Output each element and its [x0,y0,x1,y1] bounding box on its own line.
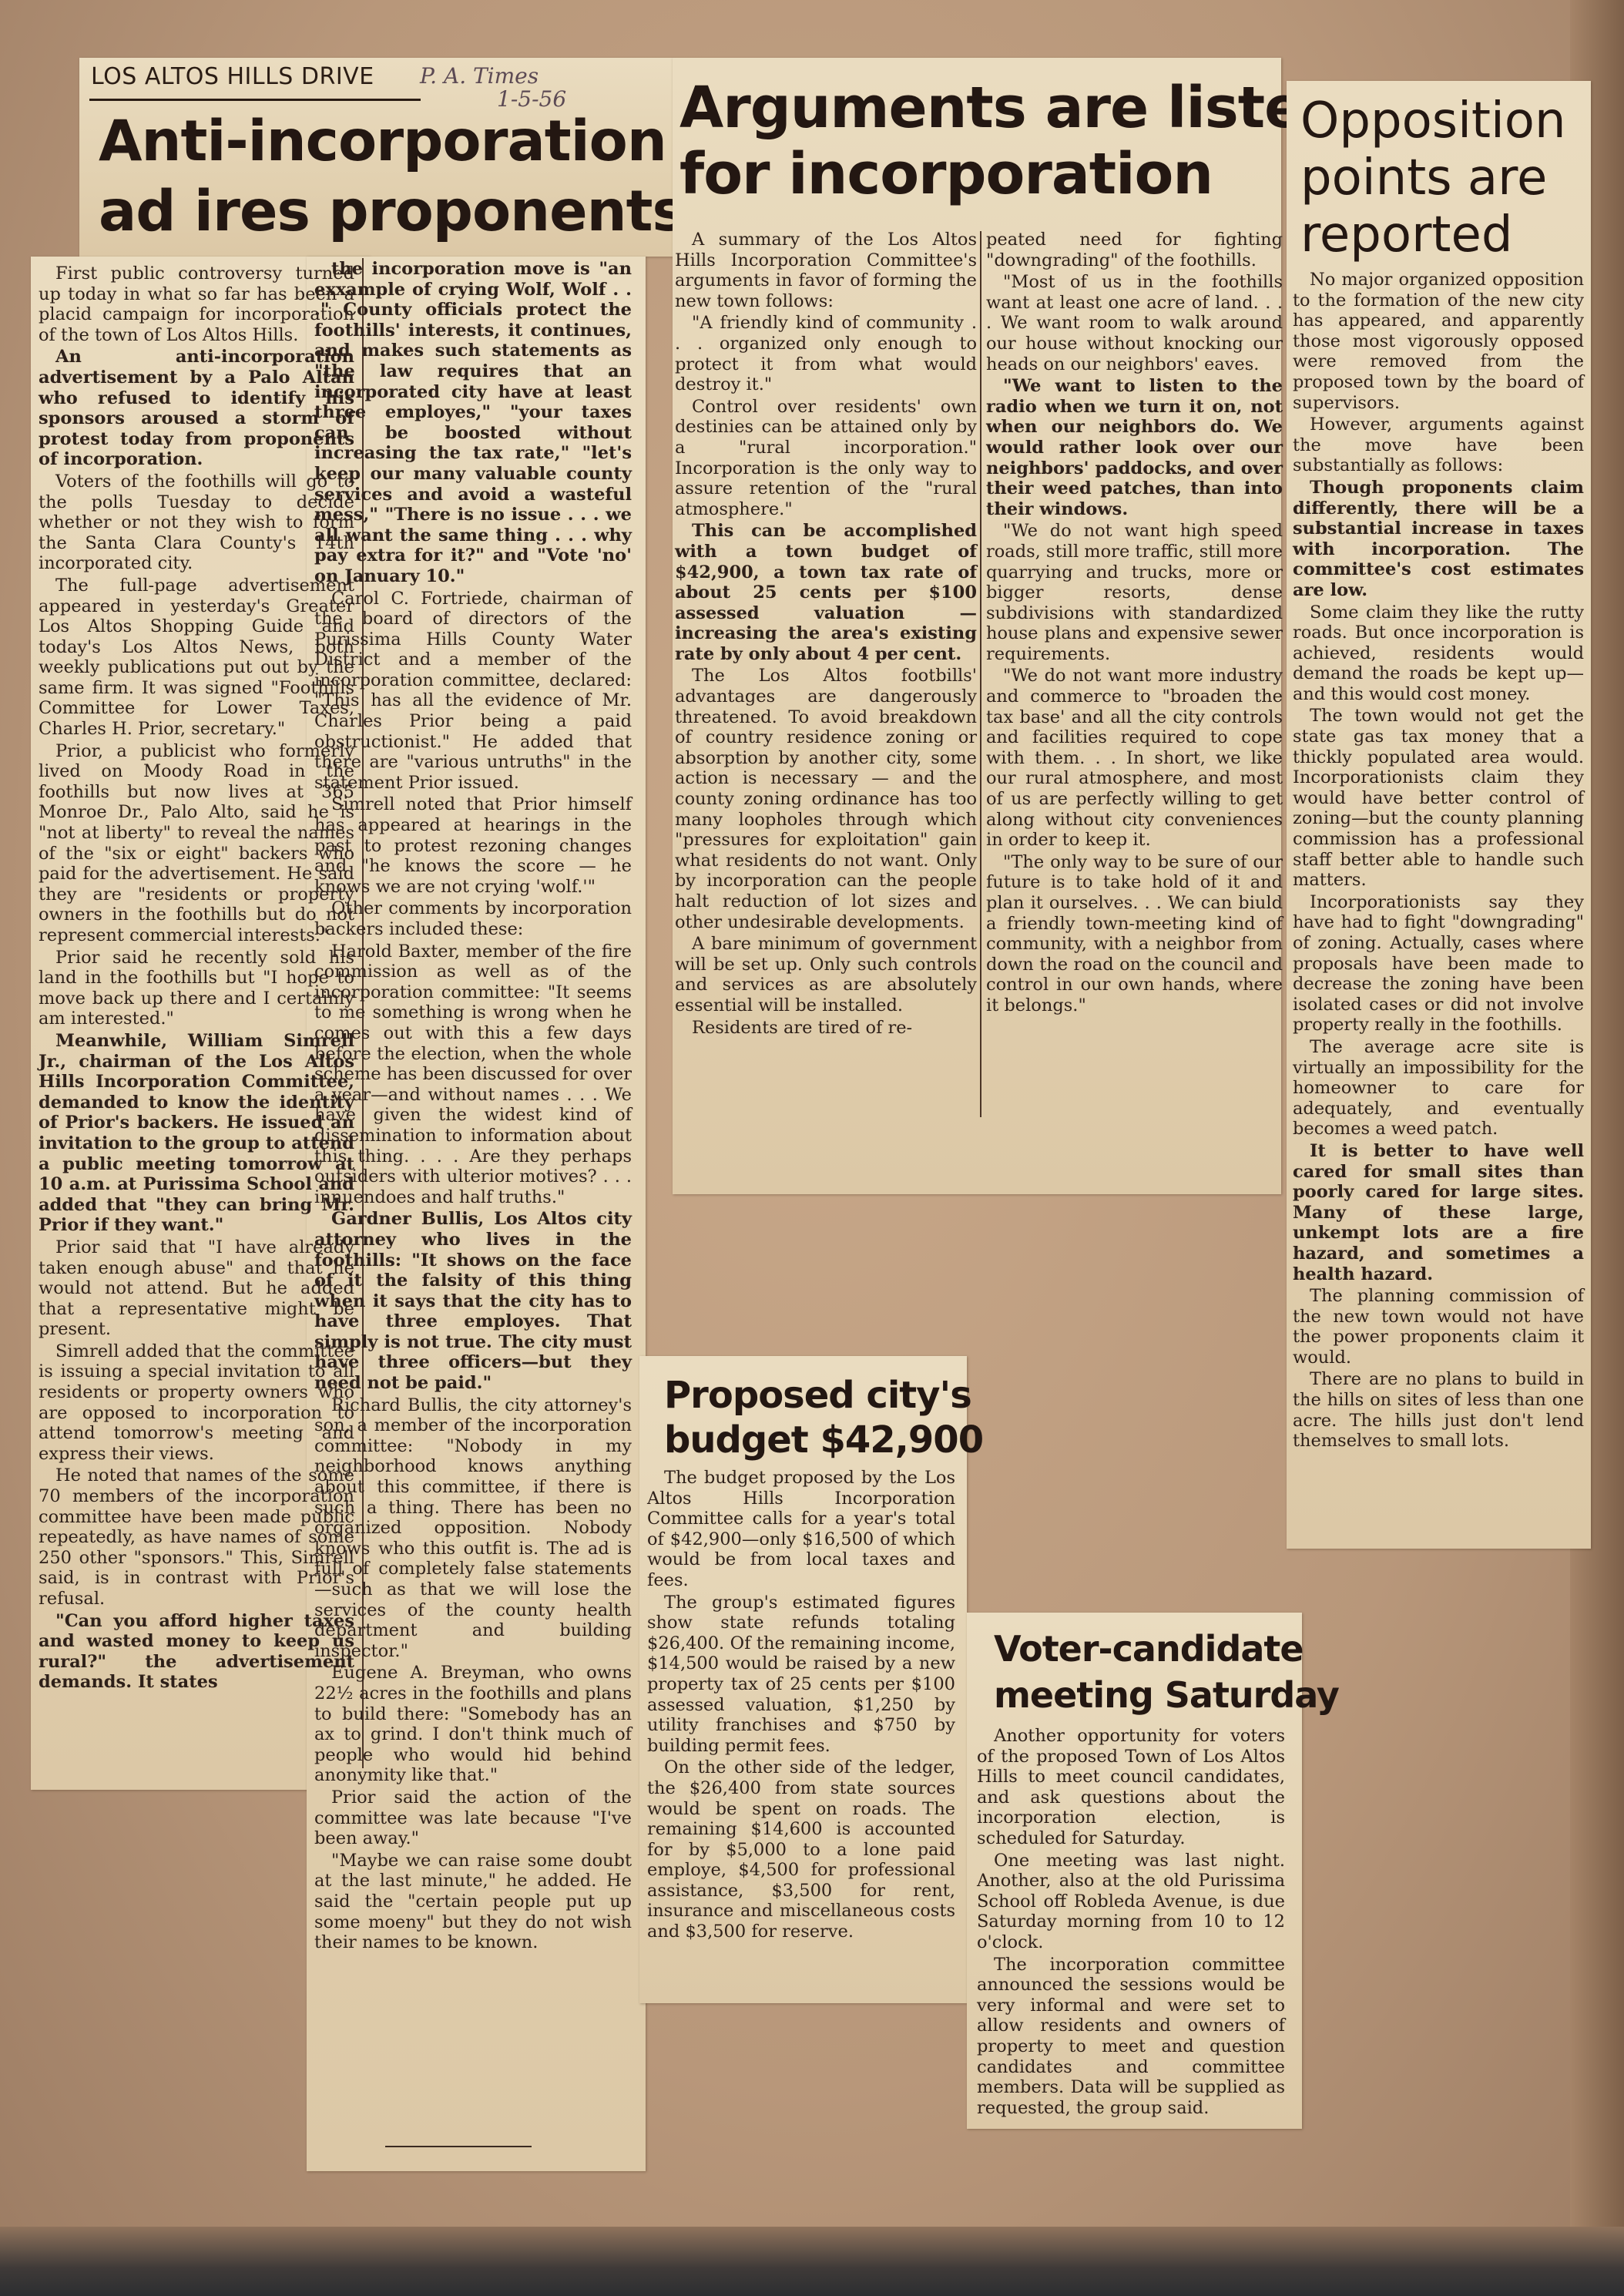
paragraph: Incorporationists say they have had to f… [1293,892,1584,1036]
article-arguments-column-2: peated need for fighting "downgrading" o… [986,230,1283,1018]
paragraph: No major organized opposition to the for… [1293,270,1584,413]
headline-line: for incorporation [679,145,1342,205]
paragraph: "Can you afford higher taxes and wasted … [39,1611,354,1693]
paragraph: It is better to have well cared for smal… [1293,1141,1584,1284]
headline-line: Proposed city's [664,1373,983,1418]
paragraph: Gardner Bullis, Los Altos city attorney … [314,1209,632,1393]
headline-arguments: Arguments are listed for incorporation [679,79,1342,204]
paragraph: Voters of the foothills will go to the p… [39,472,354,574]
paragraph: The full-page advertisement appeared in … [39,576,354,740]
paragraph: One meeting was last night. Another, als… [977,1851,1285,1953]
article-anti-column-2: the incorporation move is "an exxample o… [314,259,632,1955]
paragraph: The budget proposed by the Los Altos Hil… [647,1468,955,1591]
paragraph: Prior said that "I have already taken en… [39,1237,354,1340]
paragraph: Another opportunity for voters of the pr… [977,1726,1285,1849]
handwritten-source-name: P. A. Times [420,65,566,88]
kicker-underline [89,99,421,101]
paragraph: Prior said the action of the committee w… [314,1787,632,1849]
handwritten-source: P. A. Times 1-5-56 [420,65,566,111]
article-opposition-column: No major organized opposition to the for… [1293,270,1584,1453]
article-anti-column-1: First public controversy turned up today… [39,264,354,1694]
column-rule [980,231,981,1117]
article-arguments-column-1: A summary of the Los Altos Hills Incorpo… [675,230,977,1039]
paragraph: He noted that names of the some 70 membe… [39,1465,354,1609]
paragraph: Though proponents claim differently, the… [1293,478,1584,601]
end-ornament [385,2146,532,2147]
paragraph: "We want to listen to the radio when we … [986,376,1283,519]
paragraph: Meanwhile, William Simrell Jr., chairman… [39,1031,354,1236]
paragraph: Simrell added that the committee is issu… [39,1341,354,1465]
headline-line: Voter-candidate [994,1626,1339,1672]
scrapbook-bottom-edge [0,2227,1624,2296]
paragraph: "Most of us in the foothills want at lea… [986,272,1283,374]
headline-meeting: Voter-candidate meeting Saturday [994,1626,1339,1718]
paragraph: The incorporation committee announced th… [977,1955,1285,2119]
headline-anti: Anti-incorporation ad ires proponents [99,112,685,241]
paragraph: A bare minimum of government will be set… [675,934,977,1015]
paragraph: "Maybe we can raise some doubt at the la… [314,1851,632,1953]
paragraph: "We do not want high speed roads, still … [986,521,1283,664]
paragraph: Some claim they like the rutty roads. Bu… [1293,603,1584,705]
handwritten-date: 1-5-56 [420,88,566,111]
paragraph: Carol C. Fortriede, chairman of the boar… [314,589,632,794]
headline-line: reported [1300,206,1566,264]
headline-line: Anti-incorporation [99,112,685,172]
paragraph: The planning commission of the new town … [1293,1286,1584,1368]
paragraph: A summary of the Los Altos Hills Incorpo… [675,230,977,311]
paragraph: Residents are tired of re- [675,1018,977,1039]
headline-line: Opposition [1300,92,1566,149]
paragraph: On the other side of the ledger, the $26… [647,1757,955,1942]
headline-opposition: Opposition points are reported [1300,92,1566,264]
paragraph: Prior said he recently sold his land in … [39,948,354,1029]
paragraph: The average acre site is virtually an im… [1293,1037,1584,1140]
paragraph: "A friendly kind of community . . . orga… [675,313,977,394]
paragraph: Prior, a publicist who formerly lived on… [39,741,354,946]
paragraph: Other comments by incorporation backers … [314,898,632,939]
paragraph: The group's estimated figures show state… [647,1593,955,1757]
paragraph: "The only way to be sure of our future i… [986,852,1283,1016]
headline-line: ad ires proponents [99,183,685,242]
paragraph: Richard Bullis, the city attorney's son,… [314,1395,632,1662]
paragraph: There are no plans to build in the hills… [1293,1369,1584,1451]
paragraph: peated need for fighting "downgrading" o… [986,230,1283,270]
headline-line: meeting Saturday [994,1672,1339,1718]
paragraph: The Los Altos footbills' advantages are … [675,666,977,932]
paragraph: The town would not get the state gas tax… [1293,706,1584,890]
headline-line: points are [1300,149,1566,206]
paragraph: First public controversy turned up today… [39,264,354,345]
headline-budget: Proposed city's budget $42,900 [664,1373,983,1462]
paragraph: Simrell noted that Prior himself has app… [314,794,632,897]
kicker-label: LOS ALTOS HILLS DRIVE [91,63,374,90]
paragraph: Control over residents' own destinies ca… [675,397,977,520]
paragraph: Eugene A. Breyman, who owns 22½ acres in… [314,1663,632,1786]
paragraph: Harold Baxter, member of the fire commis… [314,942,632,1208]
paragraph: the incorporation move is "an exxample o… [314,259,632,587]
paragraph: However, arguments against the move have… [1293,415,1584,476]
paragraph: An anti-incorporation advertisement by a… [39,347,354,470]
article-budget-column: The budget proposed by the Los Altos Hil… [647,1468,955,1944]
paragraph: This can be accomplished with a town bud… [675,521,977,664]
headline-line: budget $42,900 [664,1418,983,1462]
headline-line: Arguments are listed [679,79,1342,139]
article-meeting-column: Another opportunity for voters of the pr… [977,1726,1285,2120]
paragraph: "We do not want more industry and commer… [986,666,1283,850]
